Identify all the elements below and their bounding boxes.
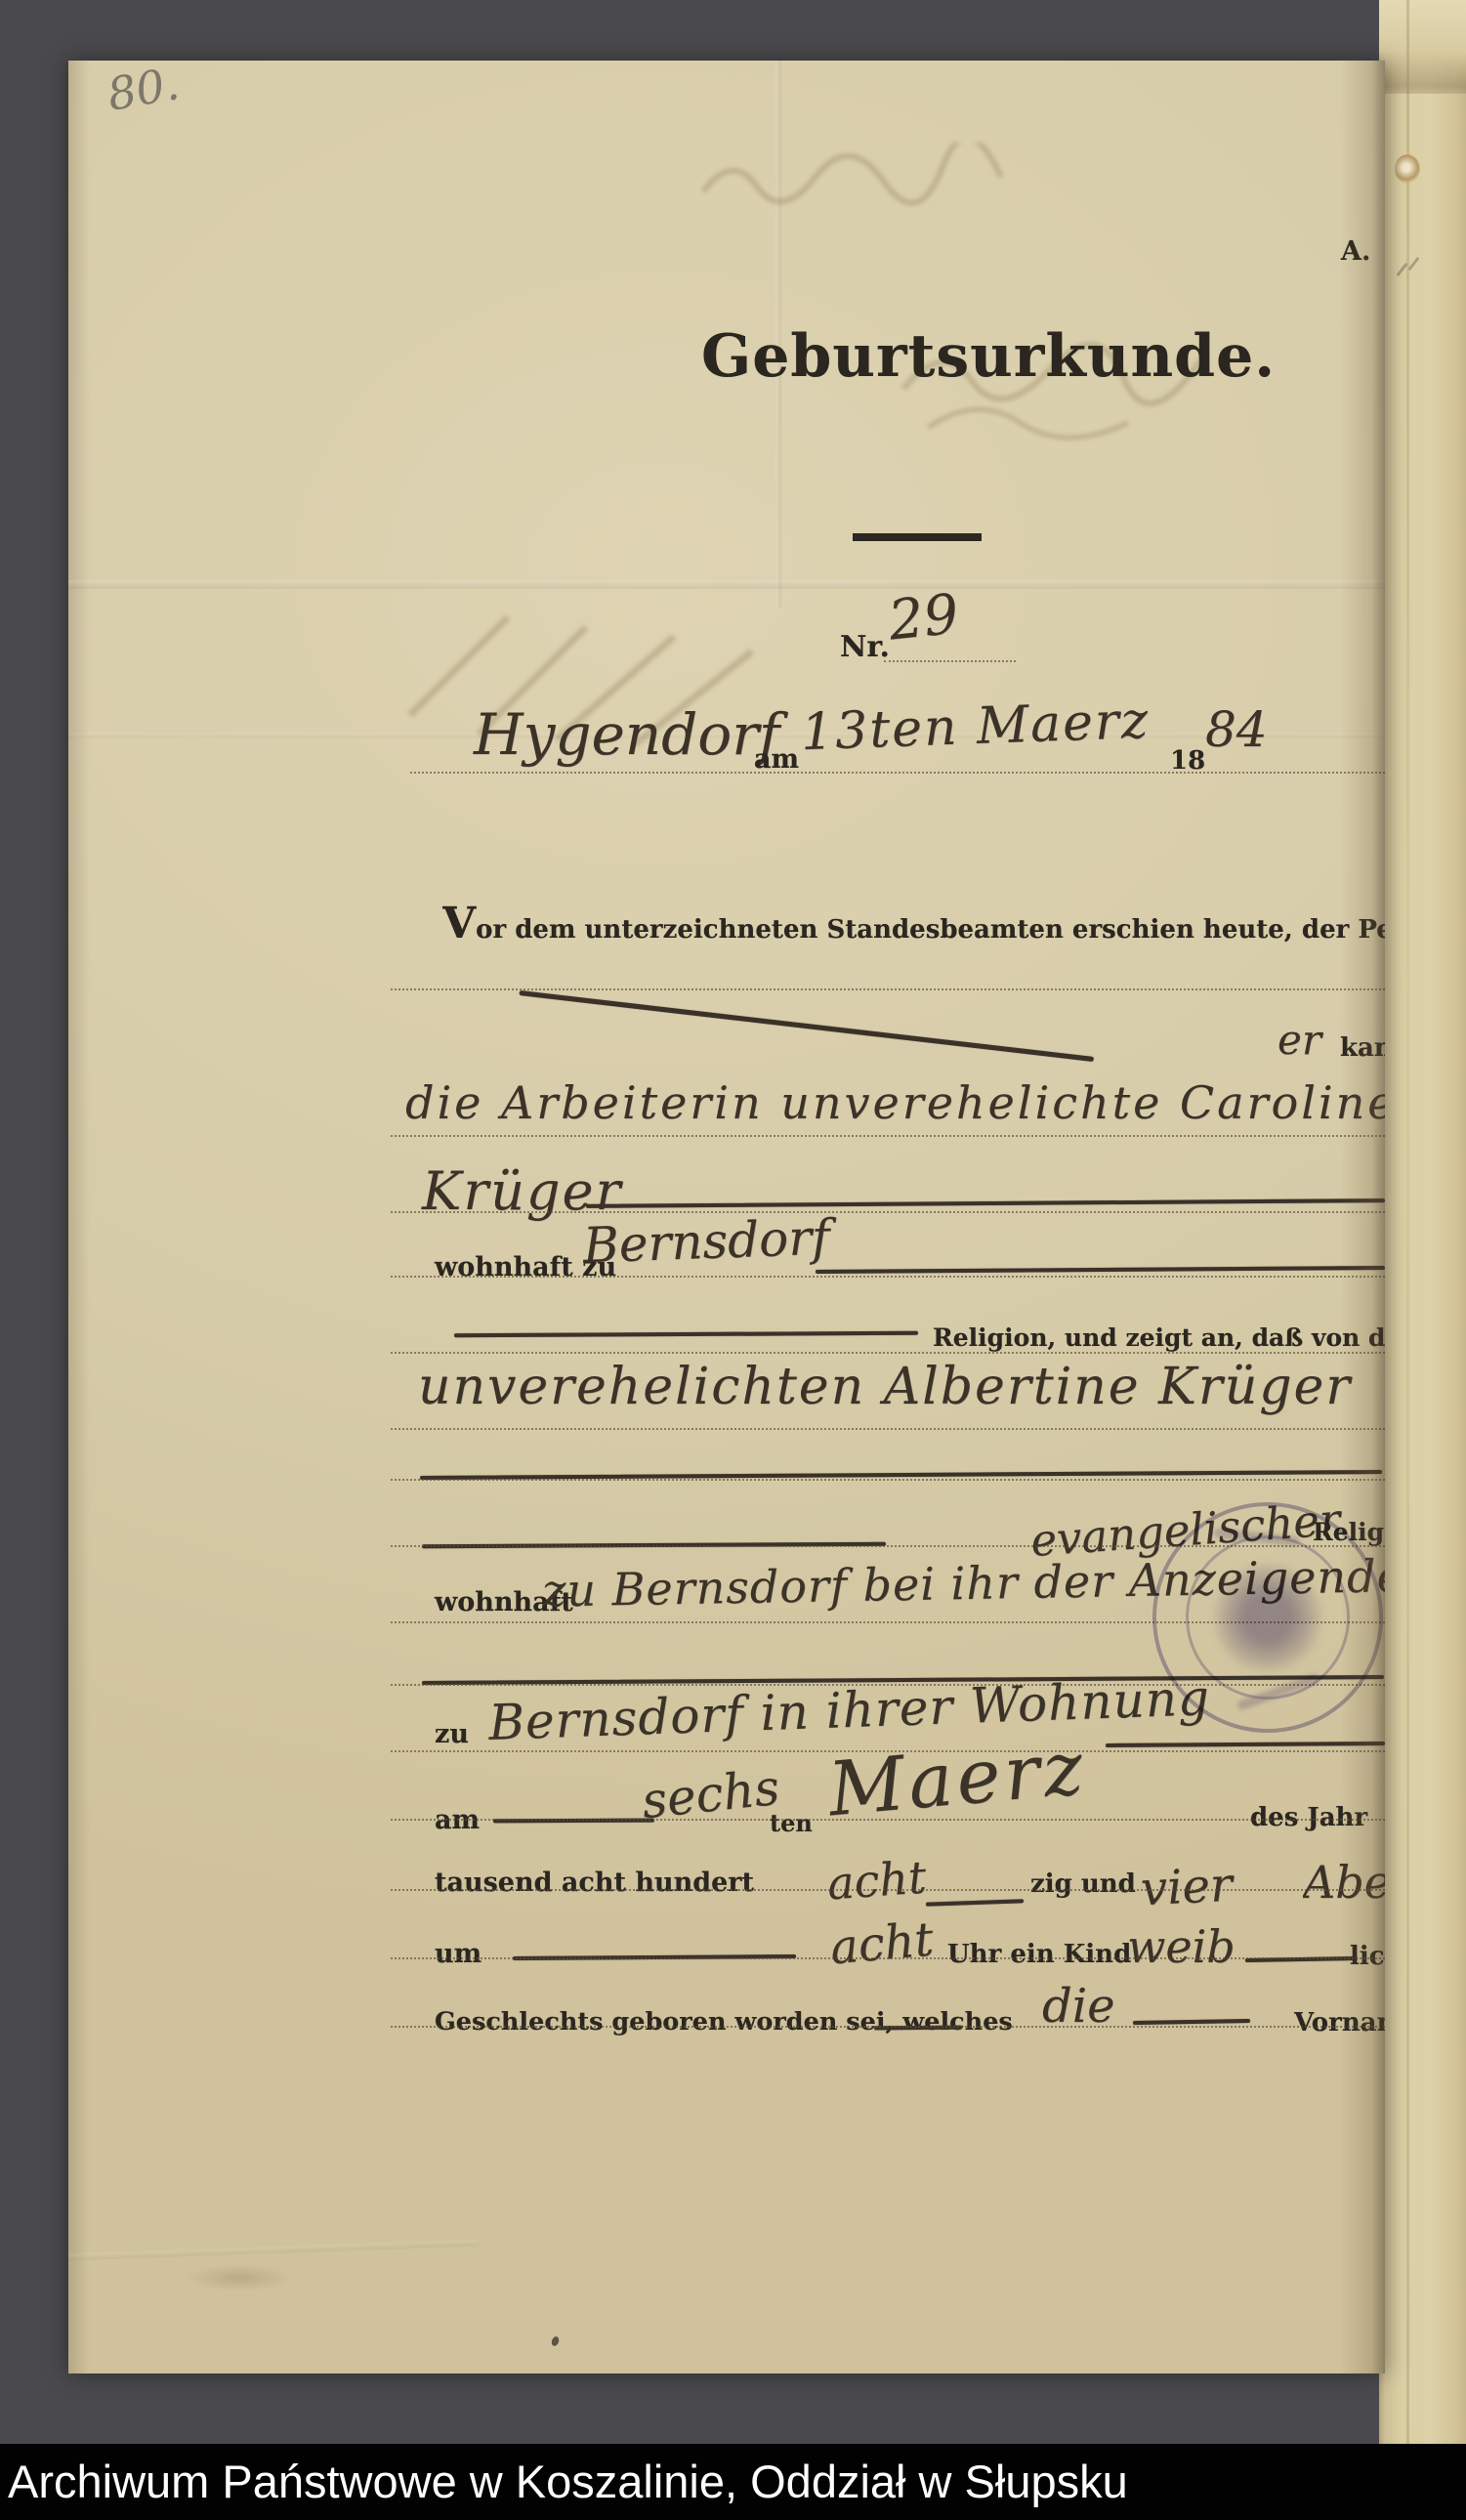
fold-crease (68, 2240, 479, 2261)
entry-year-units: vier (1140, 1858, 1235, 1917)
fill-stroke (454, 1331, 918, 1337)
smudge (186, 2264, 293, 2291)
entry-birth-month: Maerz (825, 1724, 1090, 1833)
form-corner-code: A. (1341, 236, 1370, 267)
entry-number: 29 (886, 582, 962, 652)
entry-year: 84 (1205, 701, 1268, 758)
entry-declarant-residence: Bernsdorf (582, 1209, 830, 1275)
dotted-rule (391, 1135, 1385, 1137)
entry-sex: weib (1127, 1920, 1236, 1973)
dotted-rule (391, 1352, 1385, 1354)
number-label: Nr. (840, 630, 890, 664)
form-title: Geburtsurkunde. (701, 322, 1276, 391)
ink-speck (551, 2335, 561, 2347)
lich-suffix: lich (1350, 1942, 1385, 1971)
dotted-rule (410, 772, 1385, 774)
des-jahr-label: des Jahr (1250, 1803, 1385, 1832)
archive-caption-text: Archiwum Państwowe w Koszalinie, Oddział… (0, 2444, 1466, 2520)
page-curl-shadow (1379, 0, 1466, 94)
pencil-folio-number: 80. (104, 61, 183, 121)
printed-am: am (754, 744, 799, 775)
dotted-rule (391, 1276, 1385, 1278)
entry-day-part: Abend (1303, 1856, 1385, 1909)
entry-declarant: die Arbeiterin unverehelichte Caroline (405, 1076, 1385, 1129)
dotted-rule (391, 1479, 1385, 1481)
pencil-tick (1407, 257, 1419, 271)
fill-stroke (1133, 2019, 1250, 2025)
intro-clause: Vor dem unterzeichneten Standesbeamten e… (442, 899, 1385, 948)
sex-clause: Geschlechts geboren worden sei, welches (435, 2007, 1013, 2037)
ink-bleed-ghost (693, 143, 1045, 225)
birth-certificate-page: 80. A. Geburtsurkunde. Nr. 29 Hygendorf … (68, 61, 1385, 2373)
scan-backdrop: 80. A. Geburtsurkunde. Nr. 29 Hygendorf … (0, 0, 1466, 2520)
um-label: um (435, 1939, 482, 1969)
entry-date: 13ten Maerz (800, 692, 1151, 762)
dotted-rule (391, 1211, 1385, 1213)
printed-kannt: kann (1340, 1033, 1385, 1063)
dotted-rule (884, 660, 1016, 662)
fill-stroke (586, 1198, 1385, 1208)
ten-suffix: ten (770, 1809, 813, 1837)
entry-year-tens: acht (825, 1851, 928, 1911)
dotted-rule (391, 1428, 1385, 1430)
printed-year-prefix: 18 (1170, 746, 1205, 776)
fill-stroke (816, 1266, 1385, 1274)
dotted-rule (391, 1957, 1385, 1959)
dotted-rule (391, 1819, 1385, 1821)
fill-stroke (926, 1899, 1024, 1906)
entry-birth-hour: acht (828, 1912, 936, 1976)
dotted-rule (391, 1889, 1385, 1891)
cancellation-stroke (519, 990, 1094, 1062)
next-page-edge (1379, 0, 1466, 2444)
entry-mother: unverehelichten Albertine Krüger (418, 1358, 1385, 1416)
vornamen-label: Vornam (1294, 2008, 1385, 2037)
zu-label: zu (435, 1719, 469, 1749)
dotted-rule (391, 988, 1385, 990)
zig-und-label: zig und (1030, 1869, 1136, 1899)
entry-known-hand: er (1278, 1016, 1321, 1064)
tausend-clause: tausend acht hundert (435, 1868, 754, 1898)
wax-spot (1395, 154, 1420, 184)
archive-caption-bar: Archiwum Państwowe w Koszalinie, Oddział… (0, 2444, 1466, 2520)
title-rule (853, 533, 982, 541)
paper-crease (1406, 0, 1409, 2444)
entry-place: Hygendorf (474, 701, 779, 768)
fill-stroke (1106, 1742, 1385, 1747)
religion-clause: Religion, und zeigt an, daß von d (933, 1323, 1385, 1352)
uhr-clause: Uhr ein Kind (947, 1940, 1131, 1969)
dotted-rule (391, 2026, 1385, 2028)
